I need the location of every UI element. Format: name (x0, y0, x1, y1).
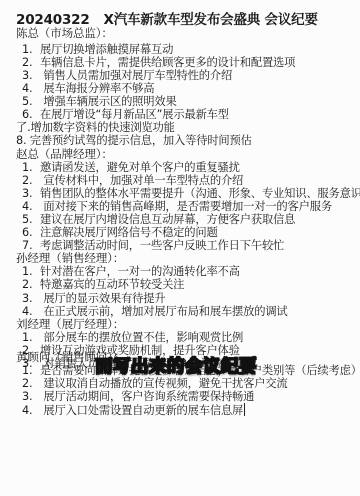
list-item: 了.增加数字资料的快速浏览功能 (16, 121, 175, 134)
list-item: 3. 展厅活动期间，客户咨询系统需要保持畅通 (22, 390, 254, 403)
list-item: 1.是否需要向品牌方提供更多客户信息，如客户类别等（后续考虑） (22, 364, 360, 377)
document-title-text: X汽车新款车型发布会盛典 会议纪要 (104, 12, 318, 28)
list-item: 1.展厅切换增添触摸屏幕互动 (22, 43, 173, 56)
list-item: 3. 销售人员需加强对展厅车型特性的介绍 (22, 69, 232, 82)
list-item: 5.建议在展厅内增设信息互动屏幕，方便客户获取信息 (22, 213, 295, 226)
section-speaker-zhao: 赵总（品牌经理）： (16, 148, 113, 161)
list-item: 5. 增强车辆展示区的照明效果 (22, 95, 177, 108)
list-item: 4. 展厅入口处需设置自动更新的展车信息屏 (22, 403, 245, 417)
list-item: 2. 建议取消自动播放的宣传视频，避免干扰客户交流 (22, 377, 288, 390)
list-item: 3. 展厅的显示效果有待提升 (22, 292, 165, 305)
list-item: 4. 展车海报分辨率不够高 (22, 82, 154, 95)
list-item: 2. 宣传材料中，加强对单一车型特点的介绍 (22, 174, 243, 187)
list-item: 3.销售团队的整体水平需要提升（沟通、形象、专业知识、服务意识） (22, 187, 360, 200)
section-speaker-huang: 黄顾问（销售顾问）： (16, 351, 124, 364)
document-title: 20240322X汽车新款车型发布会盛典 会议纪要 (16, 8, 318, 28)
list-item: 4. 面对接下来的销售高峰期，是否需要增加一对一的客户服务 (22, 200, 332, 213)
list-item: 1. 部分展车的摆放位置不佳，影响观赏比例 (22, 331, 243, 344)
text-cursor (244, 403, 245, 416)
list-item: 2.特邀嘉宾的互动环节较受关注 (22, 278, 184, 291)
section-speaker-sun: 孙经理（销售经理）： (16, 252, 124, 265)
list-item: 8. 完善预约试驾的提示信息，加入等待时间预估 (16, 134, 252, 147)
list-item: 2.车辆信息卡片，需提供给顾客更多的设计和配置选项 (22, 56, 295, 69)
section-speaker-chen: 陈总（市场总监）： (16, 27, 113, 40)
section-speaker-liu: 刘经理（展厅经理）： (16, 318, 124, 331)
list-item: 6.注意解决展厅网络信号不稳定的问题 (22, 226, 218, 239)
list-item: 1.针对潜在客户，一对一的沟通转化率不高 (22, 265, 240, 278)
list-item: 6.在展厅增设“每月新品区”展示最新车型 (22, 108, 229, 121)
list-item: 1.邀请函发送，避免对单个客户的重复骚扰 (22, 161, 240, 174)
